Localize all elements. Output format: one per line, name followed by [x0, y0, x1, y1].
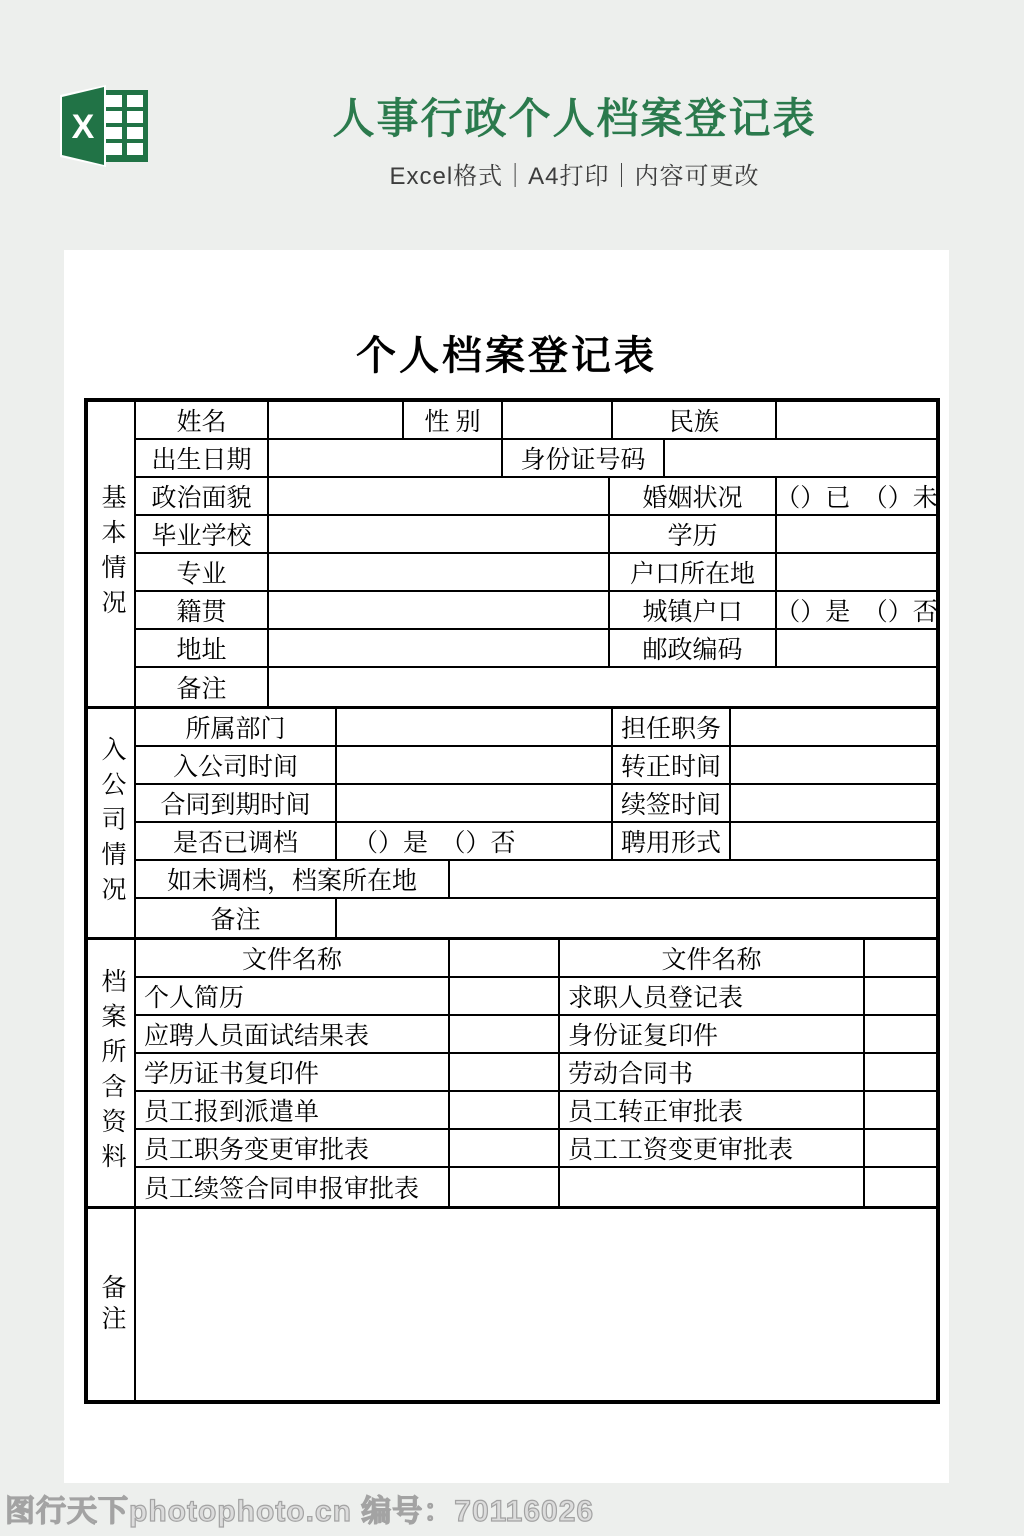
row-address-postcode: 地址 邮政编码	[136, 630, 936, 668]
section-company-label: 入公司情况	[88, 709, 136, 937]
doc-name-cell: 学历证书复印件	[136, 1054, 448, 1090]
row-company-remark: 备注	[136, 899, 936, 937]
doc-name-cell: 员工职务变更审批表	[136, 1130, 448, 1166]
field-value-gender	[501, 402, 611, 438]
doc-name-cell: 应聘人员面试结果表	[136, 1016, 448, 1052]
row-archive-employment: 是否已调档 （）是 （）否 聘用形式	[136, 823, 936, 861]
row-doc-5: 员工职务变更审批表 员工工资变更审批表	[136, 1130, 936, 1168]
doc-name-cell: 员工工资变更审批表	[558, 1130, 863, 1166]
field-label-native-place: 籍贯	[136, 592, 267, 628]
checkbox-options-urban-hukou: （）是 （）否	[775, 592, 936, 628]
form-card: 个人档案登记表 基本情况 姓名 性 别 民族 出生日期 身份证号码	[64, 250, 949, 1483]
field-label-school: 毕业学校	[136, 516, 267, 552]
field-label-employment-type: 聘用形式	[611, 823, 729, 859]
row-department-position: 所属部门 担任职务	[136, 709, 936, 747]
form-title: 个人档案登记表	[64, 324, 949, 381]
doc-check-cell	[863, 1168, 936, 1206]
field-value-hukou-location	[775, 554, 936, 590]
field-label-department: 所属部门	[136, 709, 335, 745]
field-label-join-date: 入公司时间	[136, 747, 335, 783]
row-archive-location: 如未调档，档案所在地	[136, 861, 936, 899]
section-documents: 档案所含资料 文件名称 文件名称 个人简历 求职人员登记表 应聘人员面试结果表	[88, 937, 936, 1206]
field-value-address	[267, 630, 608, 666]
doc-check-cell	[863, 1054, 936, 1090]
doc-name-cell: 员工转正审批表	[558, 1092, 863, 1128]
field-label-political-status: 政治面貌	[136, 478, 267, 514]
field-value-basic-remark	[267, 668, 936, 706]
field-value-id-number	[663, 440, 936, 476]
field-label-education: 学历	[608, 516, 775, 552]
field-label-contract-expiry: 合同到期时间	[136, 785, 335, 821]
field-value-education	[775, 516, 936, 552]
row-doc-4: 员工报到派遣单 员工转正审批表	[136, 1092, 936, 1130]
row-doc-2: 应聘人员面试结果表 身份证复印件	[136, 1016, 936, 1054]
field-value-ethnicity	[775, 402, 936, 438]
doc-check-cell	[448, 1168, 558, 1206]
page-subtitle: Excel格式｜A4打印｜内容可更改	[125, 156, 1024, 191]
section-basic: 基本情况 姓名 性 别 民族 出生日期 身份证号码 政治面貌	[88, 402, 936, 706]
field-value-school	[267, 516, 608, 552]
doc-name-cell: 身份证复印件	[558, 1016, 863, 1052]
row-major-registered: 专业 户口所在地	[136, 554, 936, 592]
row-native-urban: 籍贯 城镇户口 （）是 （）否	[136, 592, 936, 630]
doc-check-cell	[863, 978, 936, 1014]
doc-check-cell	[448, 1054, 558, 1090]
row-doc-3: 学历证书复印件 劳动合同书	[136, 1054, 936, 1092]
row-doc-header: 文件名称 文件名称	[136, 940, 936, 978]
doc-check-cell	[863, 1130, 936, 1166]
field-value-renewal-date	[729, 785, 936, 821]
section-documents-label: 档案所含资料	[88, 940, 136, 1206]
row-contract-renewal: 合同到期时间 续签时间	[136, 785, 936, 823]
row-birth-id: 出生日期 身份证号码	[136, 440, 936, 478]
row-name-gender-ethnicity: 姓名 性 别 民族	[136, 402, 936, 440]
field-label-archive-transferred: 是否已调档	[136, 823, 335, 859]
svg-text:X: X	[72, 108, 95, 146]
field-label-hukou-location: 户口所在地	[608, 554, 775, 590]
field-label-major: 专业	[136, 554, 267, 590]
field-value-department	[335, 709, 611, 745]
doc-header-right: 文件名称	[558, 940, 863, 976]
field-value-regular-date	[729, 747, 936, 783]
doc-name-cell: 个人简历	[136, 978, 448, 1014]
row-join-regular: 入公司时间 转正时间	[136, 747, 936, 785]
field-label-gender: 性 别	[402, 402, 501, 438]
field-value-contract-expiry	[335, 785, 611, 821]
doc-name-cell: 劳动合同书	[558, 1054, 863, 1090]
doc-name-cell	[558, 1168, 863, 1206]
doc-check-cell	[448, 1016, 558, 1052]
doc-header-left: 文件名称	[136, 940, 448, 976]
field-value-major	[267, 554, 608, 590]
page-title: 人事行政个人档案登记表	[125, 86, 1024, 146]
field-value-position	[729, 709, 936, 745]
field-value-company-remark	[335, 899, 936, 937]
section-basic-label: 基本情况	[88, 402, 136, 706]
row-doc-6: 员工续签合同申报审批表	[136, 1168, 936, 1206]
doc-check-cell	[448, 978, 558, 1014]
doc-check-header-left	[448, 940, 558, 976]
field-label-marital-status: 婚姻状况	[608, 478, 775, 514]
field-value-birthdate	[267, 440, 501, 476]
watermark-text: 图行天下photophoto.cn 编号：70116026	[5, 1486, 594, 1530]
doc-check-cell	[863, 1092, 936, 1128]
section-remarks: 备注	[88, 1206, 936, 1400]
field-value-archive-location	[448, 861, 936, 897]
field-value-employment-type	[729, 823, 936, 859]
doc-check-cell	[863, 1016, 936, 1052]
field-label-name: 姓名	[136, 402, 267, 438]
field-label-basic-remark: 备注	[136, 668, 267, 706]
row-school-education: 毕业学校 学历	[136, 516, 936, 554]
registration-table: 基本情况 姓名 性 别 民族 出生日期 身份证号码 政治面貌	[84, 398, 940, 1404]
field-label-regular-date: 转正时间	[611, 747, 729, 783]
doc-name-cell: 求职人员登记表	[558, 978, 863, 1014]
field-value-name	[267, 402, 402, 438]
row-remarks	[136, 1209, 936, 1400]
doc-check-cell	[448, 1130, 558, 1166]
checkbox-options-archive-transferred: （）是 （）否	[335, 823, 611, 859]
doc-name-cell: 员工报到派遣单	[136, 1092, 448, 1128]
doc-check-header-right	[863, 940, 936, 976]
row-political-marital: 政治面貌 婚姻状况 （）已 （）未	[136, 478, 936, 516]
field-label-archive-location: 如未调档，档案所在地	[136, 861, 448, 897]
field-label-position: 担任职务	[611, 709, 729, 745]
field-value-postcode	[775, 630, 936, 666]
doc-check-cell	[448, 1092, 558, 1128]
field-value-remarks	[136, 1209, 936, 1400]
checkbox-options-marital: （）已 （）未	[775, 478, 936, 514]
field-label-address: 地址	[136, 630, 267, 666]
field-label-ethnicity: 民族	[611, 402, 775, 438]
field-label-id-number: 身份证号码	[501, 440, 663, 476]
doc-name-cell: 员工续签合同申报审批表	[136, 1168, 448, 1206]
field-label-birthdate: 出生日期	[136, 440, 267, 476]
field-label-renewal-date: 续签时间	[611, 785, 729, 821]
field-label-urban-hukou: 城镇户口	[608, 592, 775, 628]
row-doc-1: 个人简历 求职人员登记表	[136, 978, 936, 1016]
field-value-join-date	[335, 747, 611, 783]
field-label-postcode: 邮政编码	[608, 630, 775, 666]
field-value-political-status	[267, 478, 608, 514]
field-value-native-place	[267, 592, 608, 628]
row-basic-remark: 备注	[136, 668, 936, 706]
section-remarks-label: 备注	[88, 1209, 136, 1400]
field-label-company-remark: 备注	[136, 899, 335, 937]
section-company: 入公司情况 所属部门 担任职务 入公司时间 转正时间 合同到期时间	[88, 706, 936, 937]
